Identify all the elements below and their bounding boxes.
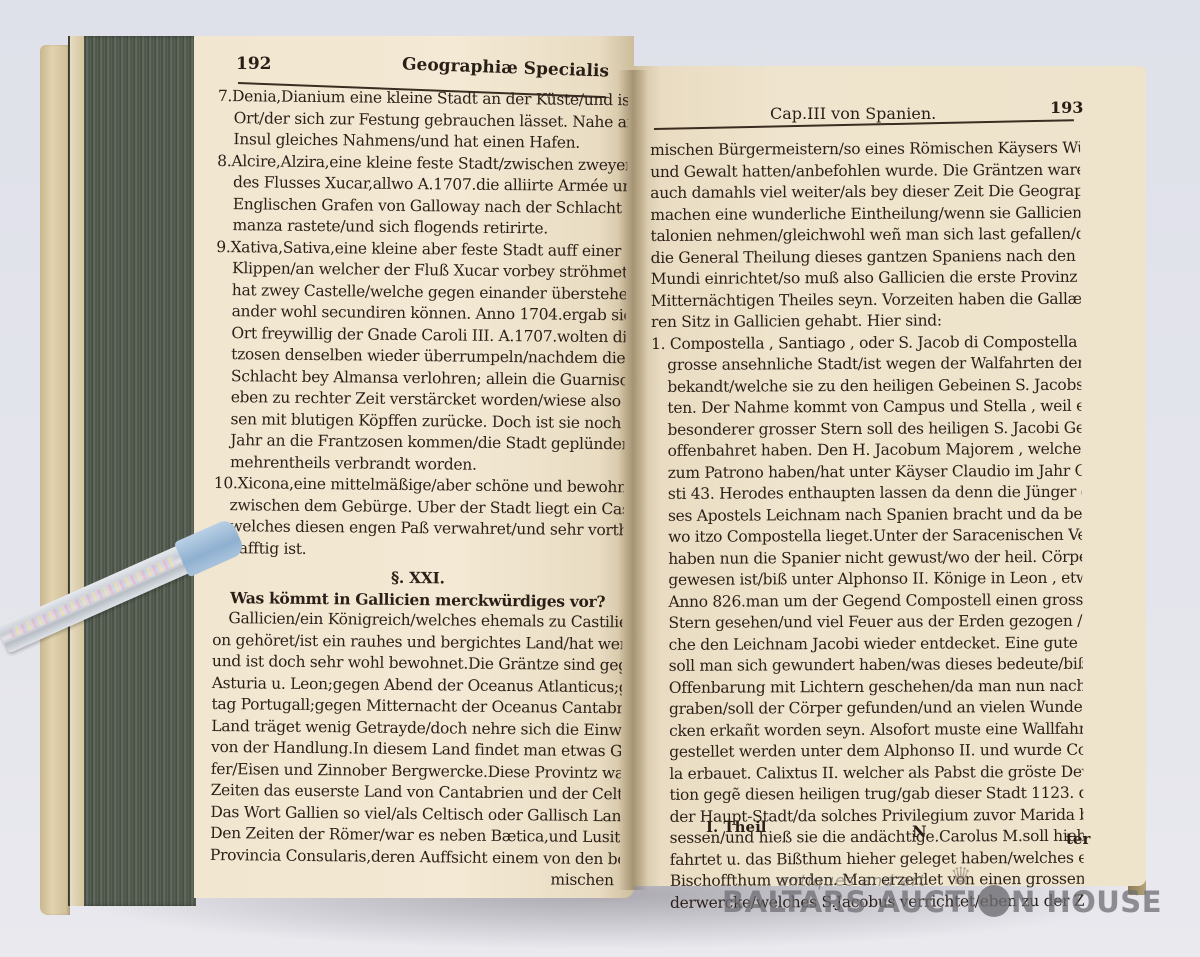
text-line: auch damahls viel weiter/als bey dieser …	[650, 181, 1080, 205]
text-line: sti 43. Herodes enthaupten lassen da den…	[652, 482, 1082, 506]
text-line: gestellet werden unter dem Alphonso II. …	[653, 740, 1083, 764]
text-line: Mundi einrichtet/so muß also Gallicien d…	[651, 267, 1081, 291]
signature-mark: I. Theil	[706, 818, 766, 836]
text-line: grosse ansehnliche Stadt/ist wegen der W…	[651, 353, 1081, 377]
page-edges-block	[68, 36, 196, 906]
text-line: offenbahret haben. Den H. Jacobum Majore…	[652, 439, 1082, 463]
list-item-first-line: 1. Compostella , Santiago , oder S. Jaco…	[651, 331, 1081, 355]
globe-icon	[978, 885, 1010, 917]
text-line: cken erkañt worden seyn. Alsofort muste …	[653, 718, 1083, 742]
text-line: tion gegẽ diesen heiligen trug/gab diese…	[653, 783, 1083, 807]
book-cover-left	[40, 45, 70, 915]
text-line: talonien nehmen/gleichwohl weñ man sich …	[650, 224, 1080, 248]
catchword: mischen	[210, 866, 620, 892]
text-line: haben nun die Spanier nicht gewust/wo de…	[652, 546, 1082, 570]
text-line: Provincia Consularis,deren Auffsicht ein…	[210, 844, 620, 870]
text-line: la erbauet. Calixtus II. welcher als Pab…	[653, 761, 1083, 785]
text-line: hafftig ist.	[213, 537, 623, 563]
catchword: ter	[1066, 830, 1090, 848]
text-line: fahrtet u. das Bißthum hieher geleget ha…	[654, 847, 1084, 871]
text-line: wo itzo Compostella lieget.Unter der Sar…	[652, 525, 1082, 549]
watermark-brand-part1: BALTARS AUCTI	[722, 885, 977, 919]
text-line: bekandt/welche sie zu den heiligen Gebei…	[651, 374, 1081, 398]
text-line: graben/soll der Cörper gefunden/und an v…	[653, 697, 1083, 721]
left-page-number: 192	[236, 54, 272, 74]
right-page-body: mischen Bürgermeistern/so eines Römische…	[650, 138, 1084, 914]
text-line: gewesen ist/biß unter Alphonso II. König…	[652, 568, 1082, 592]
text-line: soll man sich gewundert haben/was dieses…	[653, 654, 1083, 678]
text-line: machen eine wunderliche Eintheilung/wenn…	[650, 202, 1080, 226]
left-page-body: 7.Denia,Dianium eine kleine Stadt an der…	[210, 86, 628, 892]
text-line: und Gewalt hatten/anbefohlen wurde. Die …	[650, 159, 1080, 183]
text-line: ten. Der Nahme kommt von Campus und Stel…	[651, 396, 1081, 420]
text-line: zum Patrono haben/hat unter Käyser Claud…	[652, 460, 1082, 484]
right-running-header: Cap.III von Spanien.	[770, 104, 936, 123]
text-line: ses Apostels Leichnam nach Spanien brach…	[652, 503, 1082, 527]
endpaper-edge	[70, 36, 84, 906]
watermark-brand: BALTARS AUCTIN HOUSE	[722, 885, 1162, 919]
text-line: Stern gesehen/und viel Feuer aus der Erd…	[652, 611, 1082, 635]
text-line: che den Leichnam Jacobi wieder entdecket…	[653, 632, 1083, 656]
watermark-brand-part2: N HOUSE	[1011, 885, 1162, 919]
text-line: mischen Bürgermeistern/so eines Römische…	[650, 138, 1080, 162]
text-line: die General Theilung dieses gantzen Span…	[651, 245, 1081, 269]
right-page-number: 193	[1050, 98, 1083, 117]
text-line: Anno 826.man um der Gegend Compostell ei…	[652, 589, 1082, 613]
text-line: Mitternächtigen Theiles seyn. Vorzeiten …	[651, 288, 1081, 312]
text-line: besonderer grosser Stern soll des heilig…	[651, 417, 1081, 441]
text-line: ren Sitz in Gallicien gehabt. Hier sind:	[651, 310, 1081, 334]
text-line: Offenbarung mit Lichtern geschehen/da ma…	[653, 675, 1083, 699]
gathering-mark: N	[912, 822, 927, 841]
